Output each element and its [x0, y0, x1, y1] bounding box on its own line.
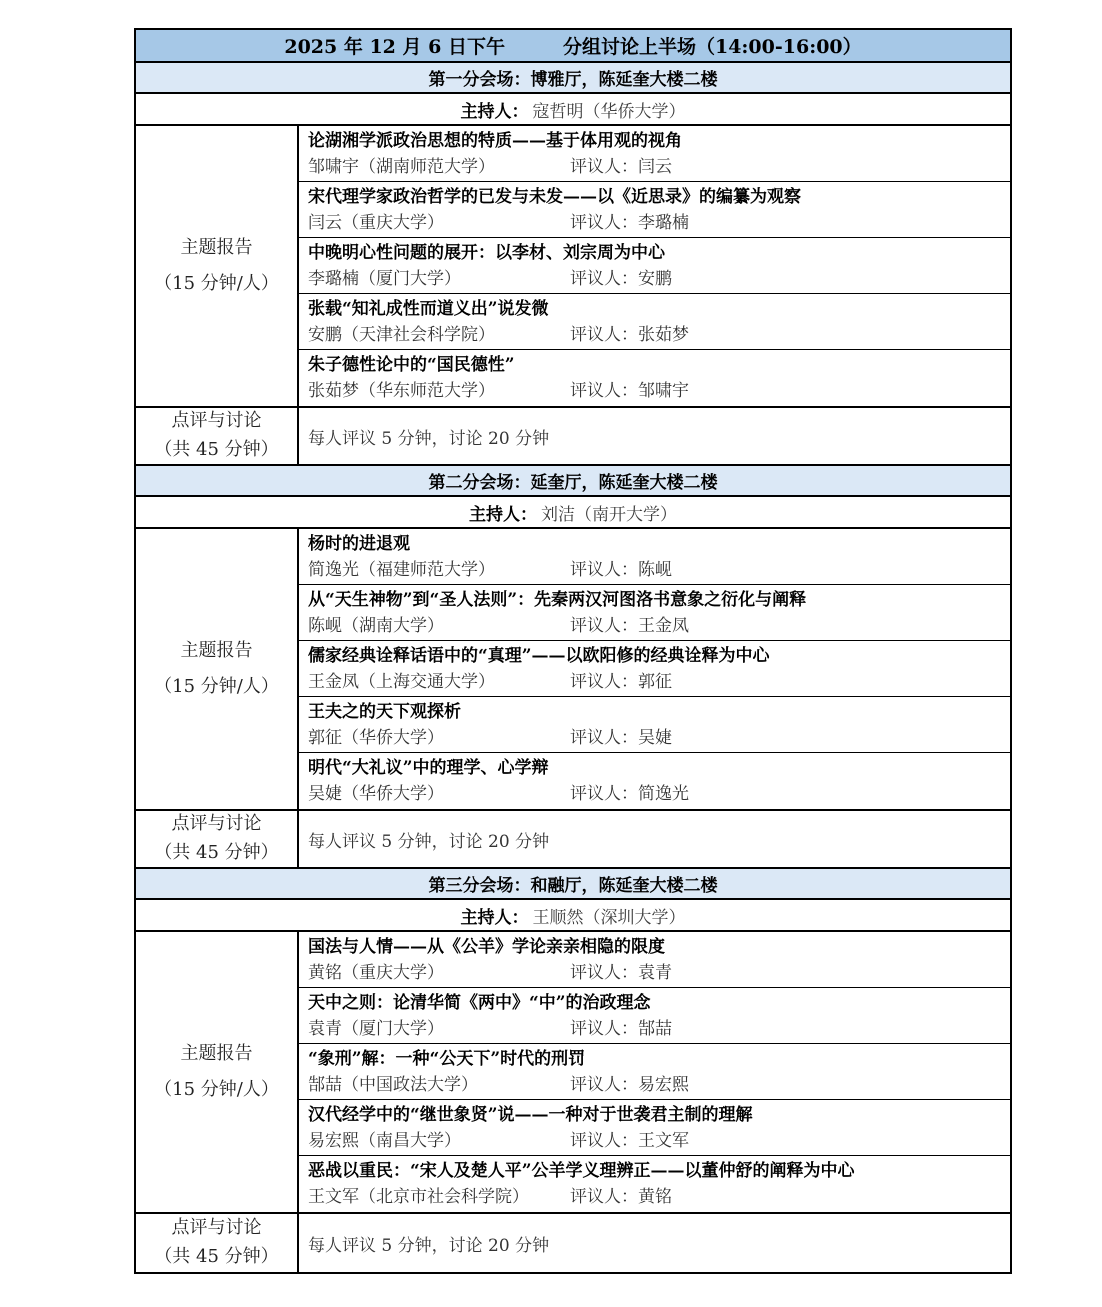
section-3: 第三分会场：和融厅，陈延奎大楼二楼 主持人： 王顺然（深圳大学） 主题报告 （1… [136, 869, 1010, 1272]
paper-reviewer: 黄铭 [638, 1187, 672, 1207]
comment-note: 每人评议 5 分钟，讨论 20 分钟 [299, 1214, 1010, 1272]
paper-row: 论湖湘学派政治思想的特质——基于体用观的视角 邹啸宇（湖南师范大学）评议人：闫云 [299, 126, 1010, 182]
comment-line2: （共 45 分钟） [154, 1243, 278, 1272]
paper-row: “象刑”解：一种“公天下”时代的刑罚 郜喆（中国政法大学）评议人：易宏熙 [299, 1044, 1010, 1100]
section-1-moderator-row: 主持人： 寇哲明（华侨大学） [136, 94, 1010, 126]
paper-meta: 王文军（北京市社会科学院）评议人：黄铭 [308, 1185, 1002, 1210]
section-2-papers-body: 主题报告 （15 分钟/人） 杨时的进退观 简逸光（福建师范大学）评议人：陈岘 … [136, 529, 1010, 811]
paper-presenter: 张茹梦（华东师范大学） [308, 379, 570, 404]
paper-row: 杨时的进退观 简逸光（福建师范大学）评议人：陈岘 [299, 529, 1010, 585]
paper-title: 从“天生神物”到“圣人法则”：先秦两汉河图洛书意象之衍化与阐释 [308, 587, 1002, 614]
paper-reviewer: 陈岘 [638, 560, 672, 580]
section-1-header-label: 第一分会场：博雅厅，陈延奎大楼二楼 [429, 65, 718, 90]
paper-title: 宋代理学家政治哲学的已发与未发——以《近思录》的编纂为观察 [308, 184, 1002, 211]
section-3-moderator-row: 主持人： 王顺然（深圳大学） [136, 900, 1010, 932]
comment-line1: 点评与讨论 [172, 407, 262, 436]
paper-row: 恶战以重民：“宋人及楚人平”公羊学义理辨正——以董仲舒的阐释为中心 王文军（北京… [299, 1156, 1010, 1212]
reviewer-prefix-label: 评议人： [570, 325, 638, 345]
paper-title: 张载“知礼成性而道义出”说发微 [308, 296, 1002, 323]
paper-title: 杨时的进退观 [308, 531, 1002, 558]
section-1-papers-body: 主题报告 （15 分钟/人） 论湖湘学派政治思想的特质——基于体用观的视角 邹啸… [136, 126, 1010, 408]
reviewer-prefix-label: 评议人： [570, 213, 638, 233]
paper-meta: 张茹梦（华东师范大学）评议人：邹啸宇 [308, 379, 1002, 404]
paper-row: 宋代理学家政治哲学的已发与未发——以《近思录》的编纂为观察 闫云（重庆大学）评议… [299, 182, 1010, 238]
reviewer-prefix-label: 评议人： [570, 728, 638, 748]
paper-row: 国法与人情——从《公羊》学论亲亲相隐的限度 黄铭（重庆大学）评议人：袁青 [299, 932, 1010, 988]
reviewer-prefix-label: 评议人： [570, 157, 638, 177]
paper-reviewer: 李璐楠 [638, 213, 689, 233]
paper-row: 儒家经典诠释话语中的“真理”——以欧阳修的经典诠释为中心 王金凤（上海交通大学）… [299, 641, 1010, 697]
paper-presenter: 邹啸宇（湖南师范大学） [308, 155, 570, 180]
section-2-comment-row: 点评与讨论 （共 45 分钟） 每人评议 5 分钟，讨论 20 分钟 [136, 811, 1010, 869]
paper-row: 中晚明心性问题的展开：以李材、刘宗周为中心 李璐楠（厦门大学）评议人：安鹏 [299, 238, 1010, 294]
section-1-comment-row: 点评与讨论 （共 45 分钟） 每人评议 5 分钟，讨论 20 分钟 [136, 408, 1010, 466]
paper-row: 张载“知礼成性而道义出”说发微 安鹏（天津社会科学院）评议人：张茹梦 [299, 294, 1010, 350]
paper-title: 明代“大礼议”中的理学、心学辩 [308, 755, 1002, 782]
theme-report-line2: （15 分钟/人） [154, 669, 279, 705]
comment-line1: 点评与讨论 [172, 1214, 262, 1243]
paper-presenter: 王文军（北京市社会科学院） [308, 1185, 570, 1210]
section-1-header: 第一分会场：博雅厅，陈延奎大楼二楼 [136, 63, 1010, 94]
paper-title: 儒家经典诠释话语中的“真理”——以欧阳修的经典诠释为中心 [308, 643, 1002, 670]
paper-title: 朱子德性论中的“国民德性” [308, 352, 1002, 379]
paper-row: 明代“大礼议”中的理学、心学辩 吴婕（华侨大学）评议人：简逸光 [299, 753, 1010, 809]
comment-line2: （共 45 分钟） [154, 436, 278, 465]
session-date: 2025 年 12 月 6 日下午 [284, 32, 505, 59]
paper-row: 从“天生神物”到“圣人法则”：先秦两汉河图洛书意象之衍化与阐释 陈岘（湖南大学）… [299, 585, 1010, 641]
reviewer-prefix-label: 评议人： [570, 1075, 638, 1095]
paper-meta: 李璐楠（厦门大学）评议人：安鹏 [308, 267, 1002, 292]
paper-presenter: 郭征（华侨大学） [308, 726, 570, 751]
paper-reviewer: 王金凤 [638, 616, 689, 636]
section-3-papers-body: 主题报告 （15 分钟/人） 国法与人情——从《公羊》学论亲亲相隐的限度 黄铭（… [136, 932, 1010, 1214]
paper-meta: 黄铭（重庆大学）评议人：袁青 [308, 961, 1002, 986]
paper-meta: 闫云（重庆大学）评议人：李璐楠 [308, 211, 1002, 236]
comment-line2: （共 45 分钟） [154, 839, 278, 868]
session-name: 分组讨论上半场（14:00-16:00） [563, 32, 862, 59]
moderator-prefix-label: 主持人： [461, 903, 529, 928]
moderator-name: 王顺然（深圳大学） [533, 903, 686, 928]
paper-presenter: 吴婕（华侨大学） [308, 782, 570, 807]
paper-row: 汉代经学中的“继世象贤”说——一种对于世袭君主制的理解 易宏熙（南昌大学）评议人… [299, 1100, 1010, 1156]
theme-report-label-cell: 主题报告 （15 分钟/人） [136, 529, 299, 809]
comment-label-cell: 点评与讨论 （共 45 分钟） [136, 408, 299, 464]
section-2-papers-cell: 杨时的进退观 简逸光（福建师范大学）评议人：陈岘 从“天生神物”到“圣人法则”：… [299, 529, 1010, 809]
reviewer-prefix-label: 评议人： [570, 672, 638, 692]
comment-note: 每人评议 5 分钟，讨论 20 分钟 [299, 811, 1010, 867]
reviewer-prefix-label: 评议人： [570, 784, 638, 804]
theme-report-line2: （15 分钟/人） [154, 1072, 279, 1108]
paper-meta: 简逸光（福建师范大学）评议人：陈岘 [308, 558, 1002, 583]
section-1-papers-cell: 论湖湘学派政治思想的特质——基于体用观的视角 邹啸宇（湖南师范大学）评议人：闫云… [299, 126, 1010, 406]
paper-meta: 吴婕（华侨大学）评议人：简逸光 [308, 782, 1002, 807]
comment-label-cell: 点评与讨论 （共 45 分钟） [136, 1214, 299, 1272]
theme-report-label-cell: 主题报告 （15 分钟/人） [136, 126, 299, 406]
paper-title: 恶战以重民：“宋人及楚人平”公羊学义理辨正——以董仲舒的阐释为中心 [308, 1158, 1002, 1185]
section-3-comment-row: 点评与讨论 （共 45 分钟） 每人评议 5 分钟，讨论 20 分钟 [136, 1214, 1010, 1272]
paper-meta: 安鹏（天津社会科学院）评议人：张茹梦 [308, 323, 1002, 348]
paper-title: “象刑”解：一种“公天下”时代的刑罚 [308, 1046, 1002, 1073]
section-2-moderator-row: 主持人： 刘洁（南开大学） [136, 497, 1010, 529]
section-3-header-label: 第三分会场：和融厅，陈延奎大楼二楼 [429, 871, 718, 896]
conference-schedule-table: 2025 年 12 月 6 日下午 分组讨论上半场（14:00-16:00） 第… [134, 28, 1012, 1274]
reviewer-prefix-label: 评议人： [570, 381, 638, 401]
paper-presenter: 陈岘（湖南大学） [308, 614, 570, 639]
reviewer-prefix-label: 评议人： [570, 269, 638, 289]
reviewer-prefix-label: 评议人： [570, 616, 638, 636]
section-2: 第二分会场：延奎厅，陈延奎大楼二楼 主持人： 刘洁（南开大学） 主题报告 （15… [136, 466, 1010, 869]
theme-report-line2: （15 分钟/人） [154, 266, 279, 302]
paper-reviewer: 郭征 [638, 672, 672, 692]
theme-report-line1: 主题报告 [181, 230, 253, 266]
paper-row: 朱子德性论中的“国民德性” 张茹梦（华东师范大学）评议人：邹啸宇 [299, 350, 1010, 406]
reviewer-prefix-label: 评议人： [570, 963, 638, 983]
paper-meta: 王金凤（上海交通大学）评议人：郭征 [308, 670, 1002, 695]
paper-row: 天中之则：论清华简《两中》“中”的治政理念 袁青（厦门大学）评议人：郜喆 [299, 988, 1010, 1044]
comment-note: 每人评议 5 分钟，讨论 20 分钟 [299, 408, 1010, 464]
paper-title: 王夫之的天下观探析 [308, 699, 1002, 726]
paper-presenter: 闫云（重庆大学） [308, 211, 570, 236]
paper-reviewer: 易宏熙 [638, 1075, 689, 1095]
paper-reviewer: 闫云 [638, 157, 672, 177]
paper-reviewer: 王文军 [638, 1131, 689, 1151]
reviewer-prefix-label: 评议人： [570, 560, 638, 580]
paper-reviewer: 简逸光 [638, 784, 689, 804]
comment-label-cell: 点评与讨论 （共 45 分钟） [136, 811, 299, 867]
paper-reviewer: 袁青 [638, 963, 672, 983]
paper-presenter: 易宏熙（南昌大学） [308, 1129, 570, 1154]
paper-reviewer: 安鹏 [638, 269, 672, 289]
section-3-papers-cell: 国法与人情——从《公羊》学论亲亲相隐的限度 黄铭（重庆大学）评议人：袁青 天中之… [299, 932, 1010, 1212]
comment-line1: 点评与讨论 [172, 810, 262, 839]
paper-title: 汉代经学中的“继世象贤”说——一种对于世袭君主制的理解 [308, 1102, 1002, 1129]
paper-title: 天中之则：论清华简《两中》“中”的治政理念 [308, 990, 1002, 1017]
reviewer-prefix-label: 评议人： [570, 1187, 638, 1207]
theme-report-line1: 主题报告 [181, 1036, 253, 1072]
moderator-prefix-label: 主持人： [469, 500, 537, 525]
paper-presenter: 简逸光（福建师范大学） [308, 558, 570, 583]
paper-title: 论湖湘学派政治思想的特质——基于体用观的视角 [308, 128, 1002, 155]
paper-meta: 邹啸宇（湖南师范大学）评议人：闫云 [308, 155, 1002, 180]
paper-title: 国法与人情——从《公羊》学论亲亲相隐的限度 [308, 934, 1002, 961]
section-1: 第一分会场：博雅厅，陈延奎大楼二楼 主持人： 寇哲明（华侨大学） 主题报告 （1… [136, 63, 1010, 466]
paper-presenter: 安鹏（天津社会科学院） [308, 323, 570, 348]
theme-report-label-cell: 主题报告 （15 分钟/人） [136, 932, 299, 1212]
moderator-prefix-label: 主持人： [461, 97, 529, 122]
section-2-header-label: 第二分会场：延奎厅，陈延奎大楼二楼 [429, 468, 718, 493]
section-2-header: 第二分会场：延奎厅，陈延奎大楼二楼 [136, 466, 1010, 497]
paper-title: 中晚明心性问题的展开：以李材、刘宗周为中心 [308, 240, 1002, 267]
paper-row: 王夫之的天下观探析 郭征（华侨大学）评议人：吴婕 [299, 697, 1010, 753]
paper-reviewer: 邹啸宇 [638, 381, 689, 401]
paper-meta: 袁青（厦门大学）评议人：郜喆 [308, 1017, 1002, 1042]
moderator-name: 寇哲明（华侨大学） [533, 97, 686, 122]
paper-presenter: 黄铭（重庆大学） [308, 961, 570, 986]
paper-meta: 郭征（华侨大学）评议人：吴婕 [308, 726, 1002, 751]
paper-reviewer: 郜喆 [638, 1019, 672, 1039]
paper-presenter: 李璐楠（厦门大学） [308, 267, 570, 292]
session-title-bar: 2025 年 12 月 6 日下午 分组讨论上半场（14:00-16:00） [136, 30, 1010, 63]
paper-presenter: 袁青（厦门大学） [308, 1017, 570, 1042]
theme-report-line1: 主题报告 [181, 633, 253, 669]
paper-reviewer: 张茹梦 [638, 325, 689, 345]
paper-reviewer: 吴婕 [638, 728, 672, 748]
paper-meta: 郜喆（中国政法大学）评议人：易宏熙 [308, 1073, 1002, 1098]
reviewer-prefix-label: 评议人： [570, 1131, 638, 1151]
section-3-header: 第三分会场：和融厅，陈延奎大楼二楼 [136, 869, 1010, 900]
paper-meta: 易宏熙（南昌大学）评议人：王文军 [308, 1129, 1002, 1154]
reviewer-prefix-label: 评议人： [570, 1019, 638, 1039]
paper-meta: 陈岘（湖南大学）评议人：王金凤 [308, 614, 1002, 639]
paper-presenter: 郜喆（中国政法大学） [308, 1073, 570, 1098]
moderator-name: 刘洁（南开大学） [541, 500, 677, 525]
paper-presenter: 王金凤（上海交通大学） [308, 670, 570, 695]
